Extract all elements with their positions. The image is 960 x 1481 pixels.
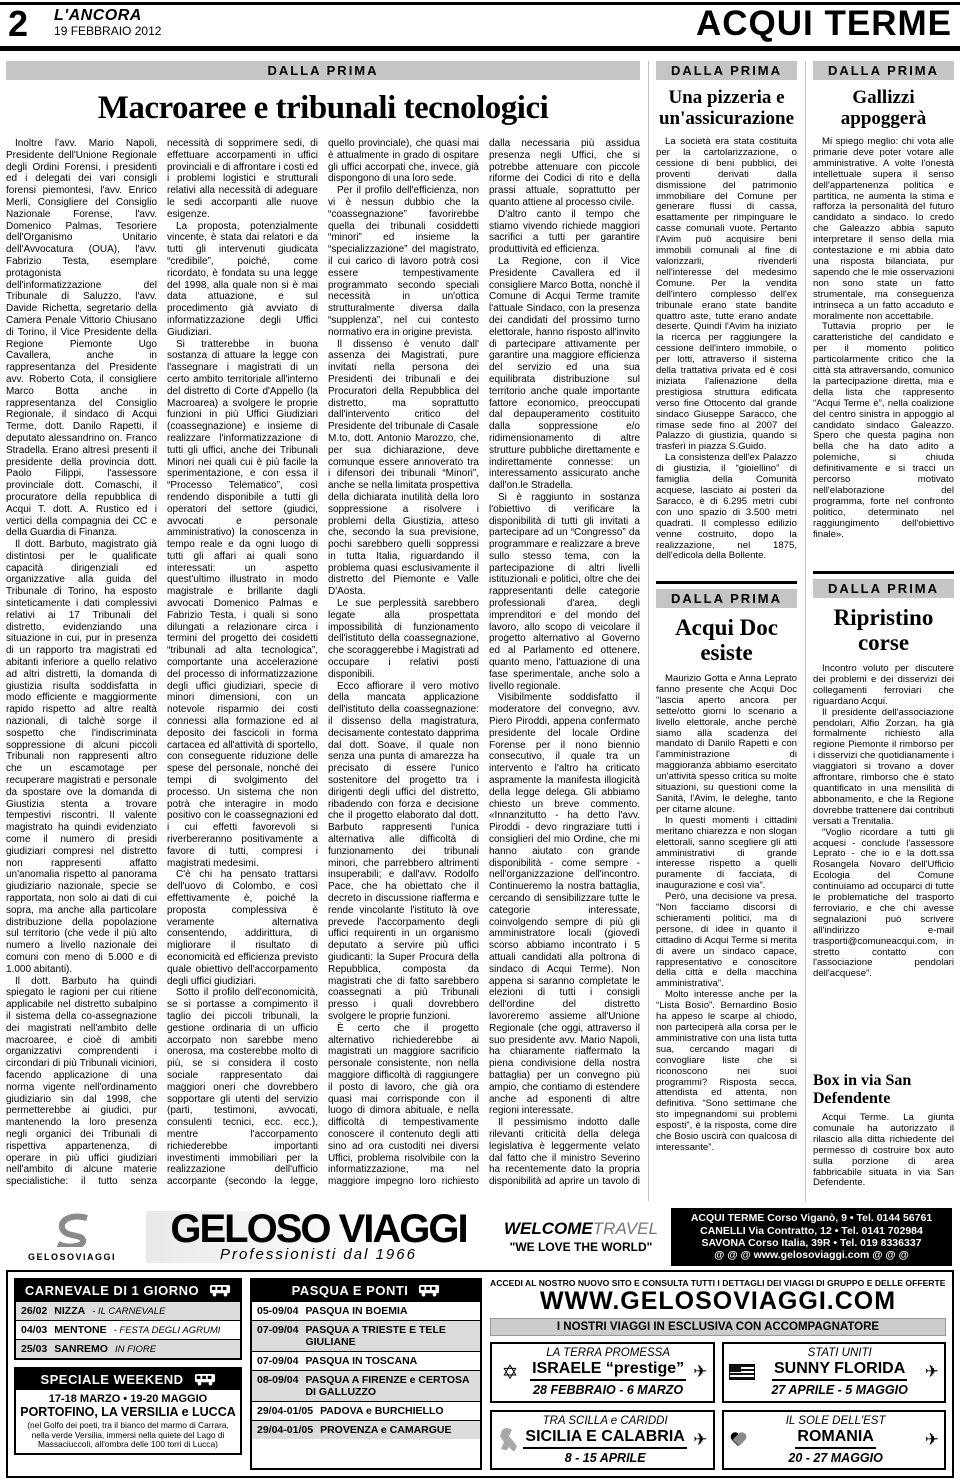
plane-icon: ✈ xyxy=(693,1430,707,1450)
menorah-icon xyxy=(497,1360,523,1385)
trip-row: 05-09/04 PASQUA IN BOEMIA xyxy=(252,1301,480,1320)
exclusive-banner: I NOSTRI VIAGGI IN ESCLUSIVA CON ACCOMPA… xyxy=(490,1318,946,1336)
article-body-ripristino: Incontro voluto per discutere dei proble… xyxy=(813,664,954,1062)
column-pizzeria: DALLA PRIMA Una pizzeria e un'assicurazi… xyxy=(648,61,797,1201)
kicker-dalla-prima: DALLA PRIMA xyxy=(6,61,640,80)
trip-row: 25/03 SANREMO IN FIORE xyxy=(16,1339,240,1358)
trip-row: 04/03 MENTONE - FESTA DEGLI AGRUMI xyxy=(16,1320,240,1339)
paragraph: Incontro voluto per discutere dei proble… xyxy=(813,664,954,708)
article-title-ripristino: Ripristino corse xyxy=(813,605,954,655)
paragraph: Il presidente dell'associazione pendolar… xyxy=(813,708,954,828)
section-title: ACQUI TERME xyxy=(696,8,952,40)
trip-offer: TRA SCILLA e CARIDDI SICILIA E CALABRIA … xyxy=(490,1410,715,1471)
address-line: CANELLI Via Contratto, 12 • Tel. 0141 70… xyxy=(679,1225,944,1237)
exclusive-trips: LA TERRA PROMESSA ISRAELE “prestige” 28 … xyxy=(490,1342,946,1470)
welcome-travel-slogan: "WE LOVE THE WORLD" xyxy=(501,1240,661,1254)
advertisement-geloso-viaggi: GELOSOVIAGGI GELOSO VIAGGI Professionist… xyxy=(0,1208,960,1478)
paragraph: Inoltre l'avv. Mario Napoli, Presidente … xyxy=(6,138,157,539)
address-line: @ @ @ www.gelosoviaggi.com @ @ @ xyxy=(679,1249,944,1261)
online-offers: ACCEDI AL NOSTRO NUOVO SITO E CONSULTA T… xyxy=(490,1278,946,1470)
article-body-acqui-doc: Maurizio Gotta e Anna Leprato fanno pres… xyxy=(656,674,797,1200)
ad-banner: GELOSOVIAGGI GELOSO VIAGGI Professionist… xyxy=(0,1208,960,1266)
page-header: 2 L'ANCORA 19 FEBBRAIO 2012 ACQUI TERME xyxy=(0,2,960,51)
weekend-title: SPECIALE WEEKEND xyxy=(40,1372,183,1387)
paragraph: Il dott. Barbuto, magistrato già distint… xyxy=(6,539,157,975)
welcome-travel-logo: WELCOMETRAVEL "WE LOVE THE WORLD" xyxy=(501,1220,661,1254)
paragraph: Mi spiego meglio: chi vota alle primarie… xyxy=(813,137,954,322)
paragraph: D'altro canto il tempo che stiamo vivend… xyxy=(489,209,640,256)
paragraph: Molto interesse anche per la “Lista Bosi… xyxy=(656,990,797,1154)
trip-row: 07-09/04 PASQUA IN TOSCANA xyxy=(252,1351,480,1370)
ad-offers-panel: CARNEVALE DI 1 GIORNO 26/02 NIZZA xyxy=(6,1270,954,1478)
pasqua-box: PASQUA E PONTI 05-09/04 PASQUA IN BOEMIA xyxy=(250,1278,482,1470)
bus-icon xyxy=(194,1373,216,1386)
paragraph: Ecco affiorare il vero motivo della manc… xyxy=(328,681,479,1023)
column-gallizzi: DALLA PRIMA Gallizzi appoggerà Mi spiego… xyxy=(805,61,954,1201)
paragraph: C'è chi ha pensato trattarsi dell'uovo d… xyxy=(167,869,318,987)
article-title-gallizzi: Gallizzi appoggerà xyxy=(813,87,954,129)
agency-addresses: ACQUI TERME Corso Viganò, 9 • Tel. 0144 … xyxy=(671,1208,952,1265)
bus-icon xyxy=(418,1284,440,1297)
kicker-dalla-prima: DALLA PRIMA xyxy=(813,579,954,598)
geloso-brand: GELOSO VIAGGI Professionisti dal 1966 xyxy=(146,1211,491,1263)
trip-offer: STATI UNITI SUNNY FLORIDA 27 APRILE - 5 … xyxy=(722,1342,947,1403)
pasqua-title: PASQUA E PONTI xyxy=(292,1283,409,1298)
trip-row: 07-09/04 PASQUA A TRIESTE E TELE GIULIAN… xyxy=(252,1320,480,1351)
paragraph: Però, una decisione va presa. “Non facci… xyxy=(656,892,797,990)
paragraph: La Regione, con il Vice Presidente Caval… xyxy=(489,256,640,492)
weekend-dates: 17-18 MARZO • 19-20 MAGGIO xyxy=(16,1393,240,1405)
bus-icon xyxy=(209,1284,231,1297)
paragraph: Tuttavia proprio per le caratteristiche … xyxy=(813,322,954,540)
carnevale-rows: 26/02 NIZZA - IL CARNEVALE 04/03 MENTONE… xyxy=(16,1301,240,1358)
article-body-macroaree: Inoltre l'avv. Mario Napoli, Presidente … xyxy=(6,138,640,1196)
website-url: WWW.GELOSOVIAGGI.COM xyxy=(490,1288,946,1315)
paragraph: La consistenza dell'ex Palazzo di giusti… xyxy=(656,453,797,562)
geloso-brand-name: GELOSO VIAGGI xyxy=(146,1211,491,1247)
trip-row: 29/04-01/05 PADOVA e BURCHIELLO xyxy=(252,1401,480,1420)
pasqua-rows: 05-09/04 PASQUA IN BOEMIA 07-09/04 PASQU… xyxy=(252,1301,480,1439)
paragraph: Il dissenso è venuto dall' assenza dei M… xyxy=(328,339,479,599)
weekend-box: SPECIALE WEEKEND 17-18 MARZO • 19-20 MAG… xyxy=(14,1367,242,1455)
paragraph: La proposta, potenzialmente vincente, è … xyxy=(167,221,318,339)
trip-row: 08-09/04 PASQUA A FIRENZE e CERTOSA DI G… xyxy=(252,1370,480,1401)
welcome-travel-bold: WELCOME xyxy=(504,1219,593,1238)
article-title-box-auto: Box in via San Defendente xyxy=(813,1072,954,1108)
article-body-gallizzi: Mi spiego meglio: chi vota alle primarie… xyxy=(813,137,954,565)
trip-offer: IL SOLE DELL'EST ROMANIA 20 - 27 MAGGIO … xyxy=(722,1410,947,1471)
paragraph: “Voglio ricordare a tutti gli acquesi - … xyxy=(813,828,954,981)
welcome-travel-light: TRAVEL xyxy=(593,1219,658,1238)
kicker-dalla-prima: DALLA PRIMA xyxy=(813,61,954,80)
paragraph: Maurizio Gotta e Anna Leprato fanno pres… xyxy=(656,674,797,816)
paragraph: Per il profilo dell'efficienza, non vi è… xyxy=(328,185,479,338)
paragraph: La società era stata costituita per la c… xyxy=(656,137,797,453)
page-number: 2 xyxy=(8,8,28,40)
article-title-acqui-doc: Acqui Doc esiste xyxy=(656,615,797,665)
trip-offer: LA TERRA PROMESSA ISRAELE “prestige” 28 … xyxy=(490,1342,715,1403)
geloso-swirl-icon xyxy=(51,1213,93,1247)
page-body: DALLA PRIMA Macroaree e tribunali tecnol… xyxy=(0,51,960,1201)
weekend-destination: PORTOFINO, LA VERSILIA e LUCCA xyxy=(16,1405,240,1419)
newspaper-page: 2 L'ANCORA 19 FEBBRAIO 2012 ACQUI TERME … xyxy=(0,0,960,1481)
divider-rule xyxy=(813,571,954,574)
article-body-pizzeria: La società era stata costituita per la c… xyxy=(656,137,797,575)
article-title-pizzeria: Una pizzeria e un'assicurazione xyxy=(656,87,797,129)
paragraph: Le sue perplessità sarebbero legate alla… xyxy=(328,598,479,681)
article-body-box-auto: Acqui Terme. La giunta comunale ha autor… xyxy=(813,1113,954,1201)
article-title-macroaree: Macroaree e tribunali tecnologici xyxy=(6,90,640,126)
paragraph: Si tratterebbe in buona sostanza di attu… xyxy=(167,339,318,870)
carnevale-title: CARNEVALE DI 1 GIORNO xyxy=(25,1283,199,1298)
address-line: SAVONA Corso Italia, 39R • Tel. 019 8336… xyxy=(679,1237,944,1249)
trip-row: 29/04-01/05 PROVENZA e CAMARGUE xyxy=(252,1420,480,1439)
paragraph: Visibilmente soddisfatto il moderatore d… xyxy=(489,692,640,1117)
article-macroaree: DALLA PRIMA Macroaree e tribunali tecnol… xyxy=(6,61,640,1201)
paragraph: In questi momenti i cittadini meritano c… xyxy=(656,816,797,892)
italy-map-icon xyxy=(497,1428,517,1452)
kicker-dalla-prima: DALLA PRIMA xyxy=(656,61,797,80)
paragraph: Acqui Terme. La giunta comunale ha autor… xyxy=(813,1113,954,1189)
address-line: ACQUI TERME Corso Viganò, 9 • Tel. 0144 … xyxy=(679,1212,944,1224)
paragraph: Si è raggiunto in sostanza l'obiettivo d… xyxy=(489,492,640,693)
carnevale-box: CARNEVALE DI 1 GIORNO 26/02 NIZZA xyxy=(14,1278,242,1360)
geloso-viaggi-logo: GELOSOVIAGGI xyxy=(8,1213,136,1262)
plane-icon: ✈ xyxy=(693,1362,707,1382)
weekend-note: (nel Golfo dei poeti, tra il bianco del … xyxy=(16,1419,240,1453)
plane-icon: ✈ xyxy=(925,1362,939,1382)
heart-icon xyxy=(729,1432,747,1448)
plane-icon: ✈ xyxy=(925,1430,939,1450)
usa-flag-icon xyxy=(729,1364,755,1380)
trip-row: 26/02 NIZZA - IL CARNEVALE xyxy=(16,1301,240,1320)
issue-date: 19 FEBBRAIO 2012 xyxy=(54,24,161,38)
geloso-logo-text: GELOSOVIAGGI xyxy=(8,1252,136,1262)
divider-rule xyxy=(656,581,797,584)
masthead: L'ANCORA xyxy=(54,8,161,24)
kicker-dalla-prima: DALLA PRIMA xyxy=(656,589,797,608)
